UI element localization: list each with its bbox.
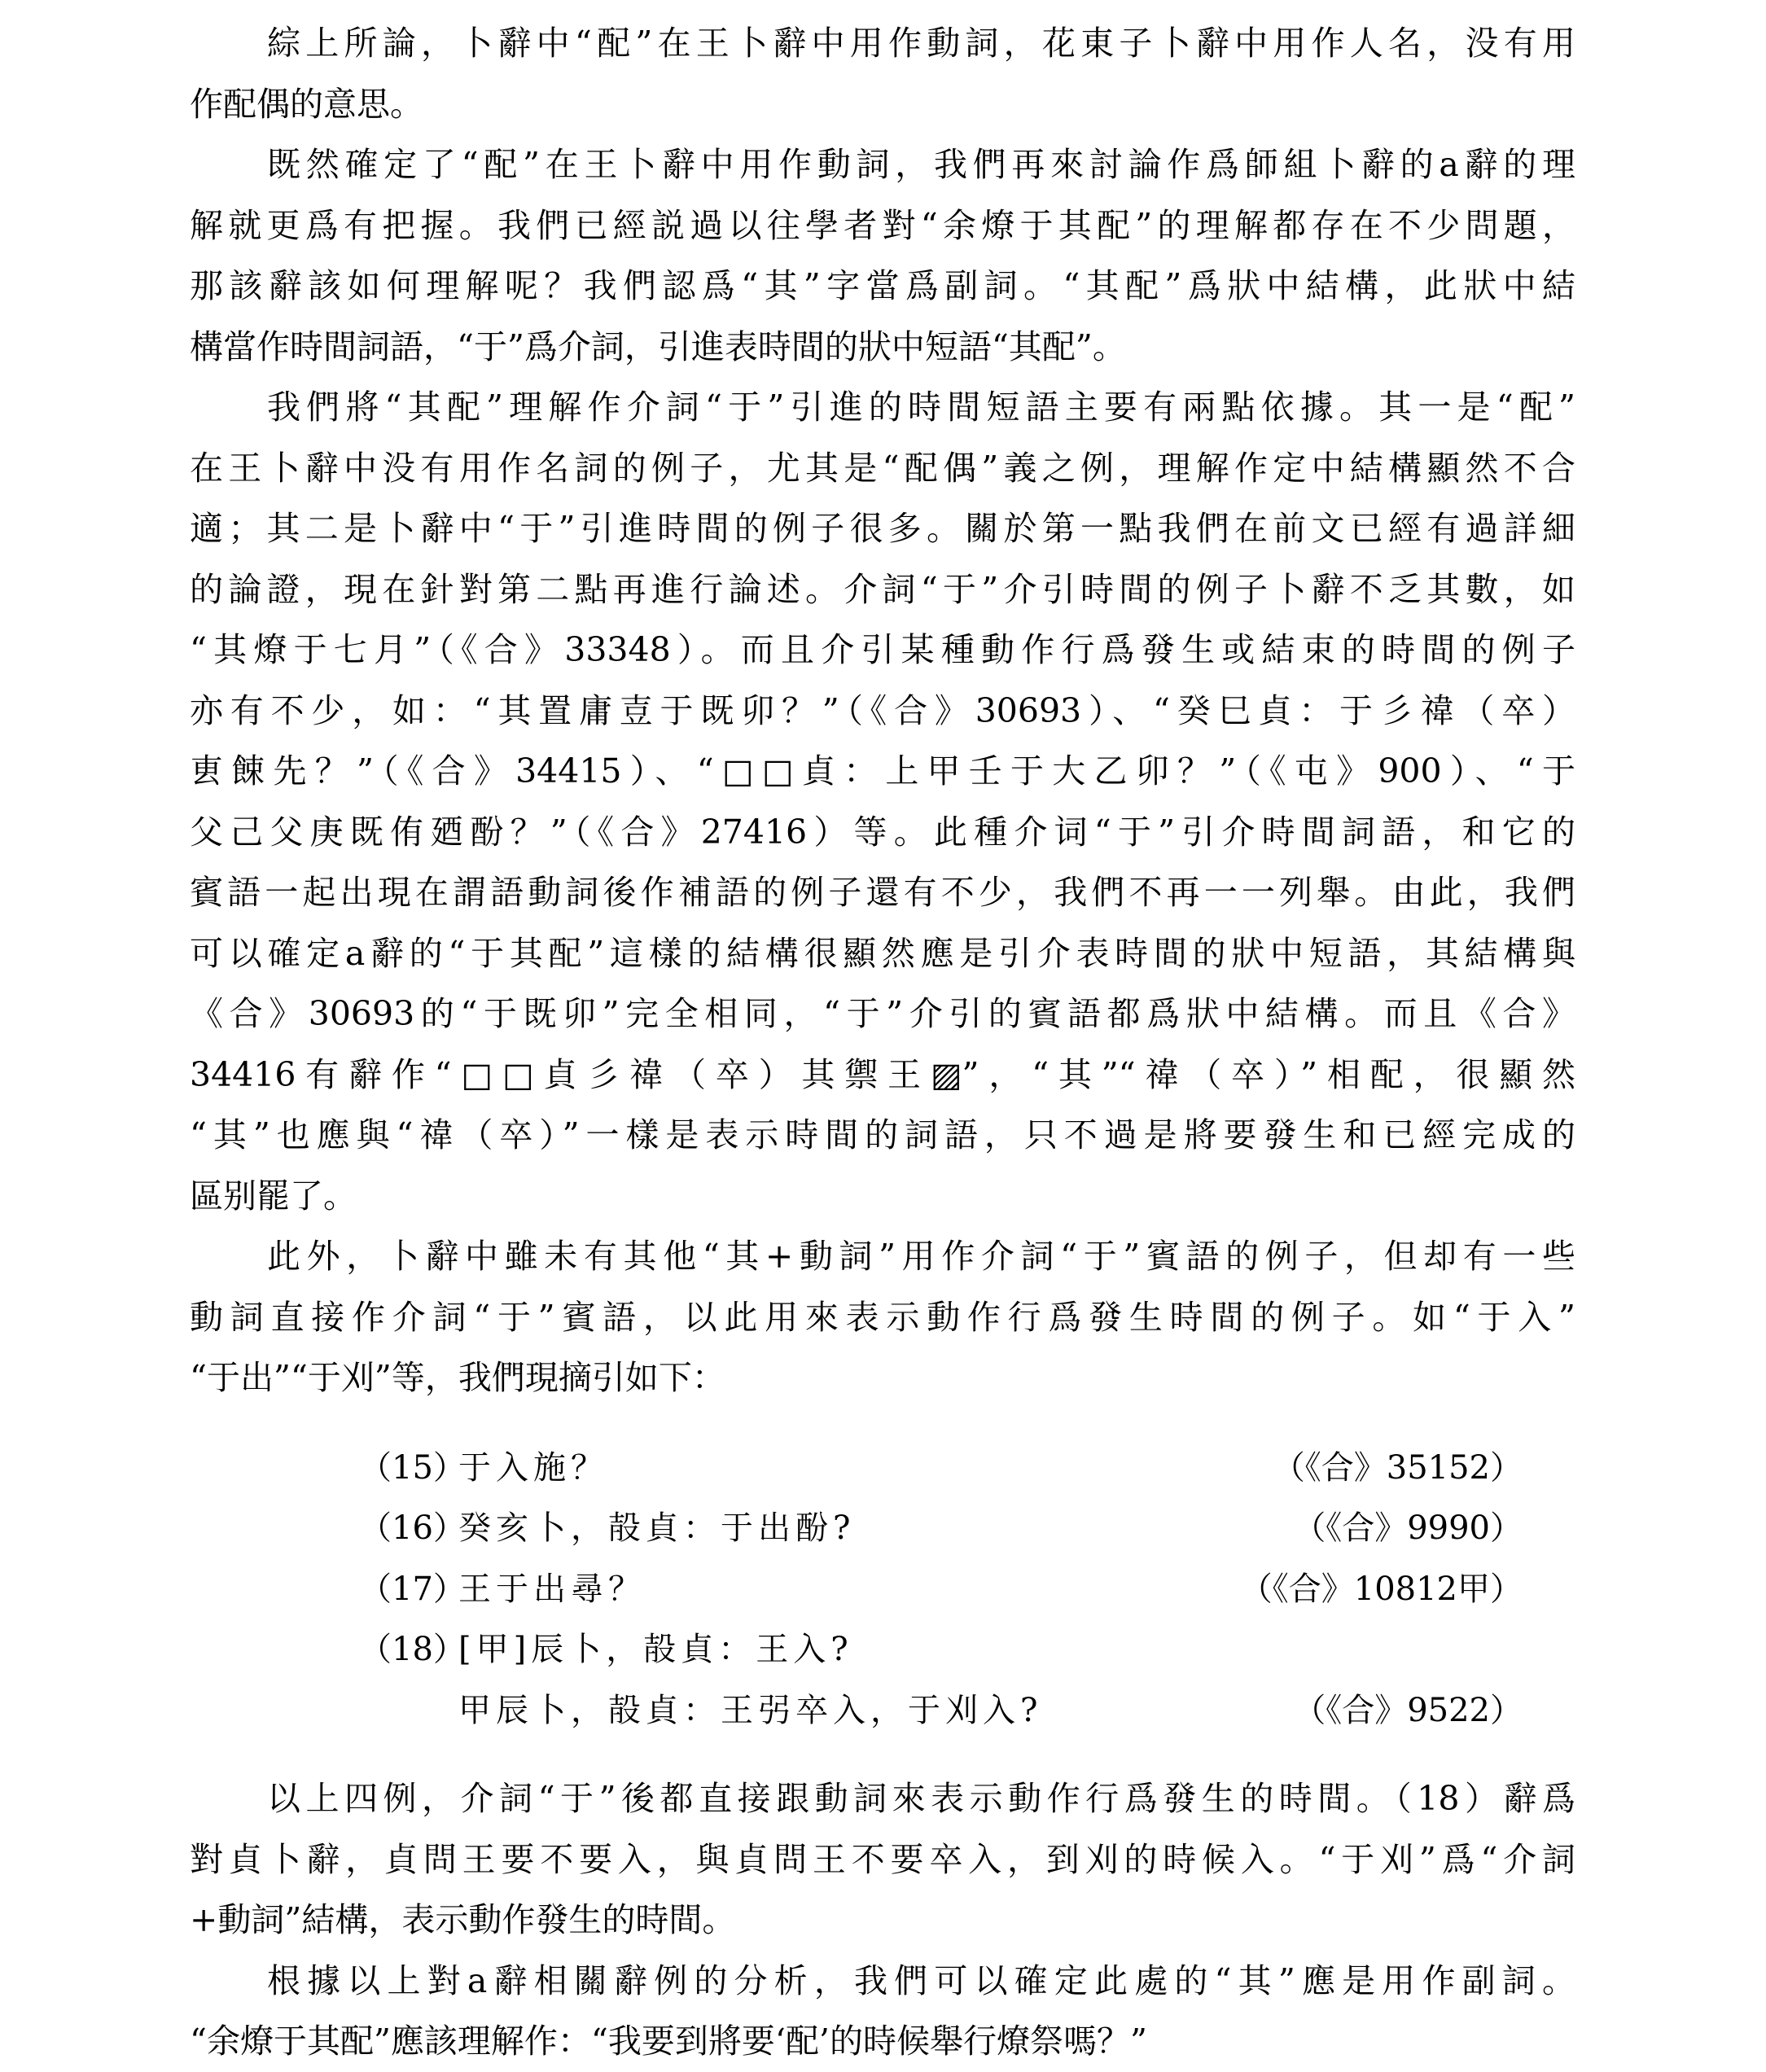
example-text: 癸亥卜，㱿貞：于出酚? [458,1498,855,1559]
text-line: 作配偶的意思。 [190,74,1575,135]
example-text: 于入施？ [458,1438,608,1499]
example-number: （16） [359,1498,466,1559]
example-source: （《合》9990） [1293,1498,1523,1559]
paragraph-5: 以上四例，介詞“于”後都直接跟動詞來表示動作行爲發生的時間。（18）辭爲 對貞卜… [190,1768,1575,1951]
text-line: 以上四例，介詞“于”後都直接跟動詞來表示動作行爲發生的時間。（18）辭爲 [190,1768,1575,1829]
example-number: （15） [359,1438,466,1499]
text-line: +動詞”結構，表示動作發生的時間。 [190,1890,1575,1951]
example-number: （18） [359,1619,466,1680]
text-line: 叀餗先？”（《合》34415）、“□□貞：上甲壬于大乙卯？”（《屯》900）、“… [190,741,1575,802]
example-source: （《合》35152） [1273,1438,1523,1499]
text-line: 區别罷了。 [190,1166,1575,1227]
text-line: 亦有不少，如：“其置庸壴于既卯？”（《合》30693）、“癸巳貞：于彡禕（卒） [190,681,1575,742]
text-line: 適；其二是卜辭中“于”引進時間的例子很多。關於第一點我們在前文已經有過詳細 [190,498,1575,559]
example-text: 王于出尋？ [458,1559,646,1620]
example-item: （16） 癸亥卜，㱿貞：于出酚? （《合》9990） [190,1498,1575,1559]
paragraph-1: 綜上所論，卜辭中“配”在王卜辭中用作動詞，花東子卜辭中用作人名，没有用 作配偶的… [190,13,1575,134]
text-line: 構當作時間詞語，“于”爲介詞，引進表時間的狀中短語“其配”。 [190,317,1575,378]
paragraph-3: 我們將“其配”理解作介詞“于”引進的時間短語主要有兩點依據。其一是“配” 在王卜… [190,377,1575,1226]
text-line: 動詞直接作介詞“于”賓語，以此用來表示動作行爲發生時間的例子。如“于入” [190,1287,1575,1348]
paragraph-4: 此外，卜辭中雖未有其他“其+動詞”用作介詞“于”賓語的例子，但却有一些 動詞直接… [190,1226,1575,1408]
text-line: 《合》30693的“于既卯”完全相同，“于”介引的賓語都爲狀中結構。而且《合》 [190,983,1575,1045]
document-page: 綜上所論，卜辭中“配”在王卜辭中用作動詞，花東子卜辭中用作人名，没有用 作配偶的… [190,13,1575,2072]
example-list: （15） 于入施？ （《合》35152） （16） 癸亥卜，㱿貞：于出酚? （《… [190,1438,1575,1741]
text-line: “于出”“于刈”等，我們現摘引如下： [190,1347,1575,1408]
text-line: 我們將“其配”理解作介詞“于”引進的時間短語主要有兩點依據。其一是“配” [190,377,1575,438]
text-line: 既然確定了“配”在王卜辭中用作動詞，我們再來討論作爲師組卜辭的a辭的理 [190,134,1575,195]
text-line: 根據以上對a辭相關辭例的分析，我們可以確定此處的“其”應是用作副詞。 [190,1951,1575,2012]
text-line: 解就更爲有把握。我們已經説過以往學者對“余燎于其配”的理解都存在不少問題， [190,195,1575,256]
example-source: （《合》9522） [1293,1680,1523,1741]
text-line: “余燎于其配”應該理解作：“我要到將要‘配’的時候舉行燎祭嗎？” [190,2011,1575,2072]
example-text: [甲]辰卜，㱿貞：王入? [458,1619,853,1680]
text-line: “其”也應與“禕（卒）”一樣是表示時間的詞語，只不過是將要發生和已經完成的 [190,1105,1575,1166]
text-line: “其燎于七月”（《合》33348）。而且介引某種動作行爲發生或結束的時間的例子 [190,620,1575,681]
text-line: 賓語一起出現在謂語動詞後作補語的例子還有不少，我們不再一一列舉。由此，我們 [190,862,1575,923]
example-item-continuation: 甲辰卜，㱿貞：王弜卒入，于刈入? （《合》9522） [190,1680,1575,1741]
paragraph-6: 根據以上對a辭相關辭例的分析，我們可以確定此處的“其”應是用作副詞。 “余燎于其… [190,1951,1575,2072]
text-line: 在王卜辭中没有用作名詞的例子，尤其是“配偶”義之例，理解作定中結構顯然不合 [190,438,1575,499]
example-text: 甲辰卜，㱿貞：王弜卒入，于刈入? [458,1680,1042,1741]
text-line: 對貞卜辭，貞問王要不要入，與貞問王不要卒入，到刈的時候入。“于刈”爲“介詞 [190,1829,1575,1890]
text-line: 可以確定a辭的“于其配”這樣的結構很顯然應是引介表時間的狀中短語，其結構與 [190,923,1575,984]
text-line: 的論證，現在針對第二點再進行論述。介詞“于”介引時間的例子卜辭不乏其數，如 [190,559,1575,620]
example-item: （18） [甲]辰卜，㱿貞：王入? [190,1619,1575,1680]
paragraph-2: 既然確定了“配”在王卜辭中用作動詞，我們再來討論作爲師組卜辭的a辭的理 解就更爲… [190,134,1575,377]
example-item: （17） 王于出尋？ （《合》10812甲） [190,1559,1575,1620]
text-line: 34416有辭作“□□貞彡禕（卒）其禦王▨”，“其”“禕（卒）”相配，很顯然 [190,1045,1575,1106]
example-number: （17） [359,1559,466,1620]
text-line: 那該辭該如何理解呢？我們認爲“其”字當爲副詞。“其配”爲狀中結構，此狀中結 [190,256,1575,317]
text-line: 父己父庚既侑廼酚？”（《合》27416）等。此種介词“于”引介時間詞語，和它的 [190,802,1575,863]
text-line: 綜上所論，卜辭中“配”在王卜辭中用作動詞，花東子卜辭中用作人名，没有用 [190,13,1575,74]
example-source: （《合》10812甲） [1240,1559,1523,1620]
text-line: 此外，卜辭中雖未有其他“其+動詞”用作介詞“于”賓語的例子，但却有一些 [190,1226,1575,1287]
example-item: （15） 于入施？ （《合》35152） [190,1438,1575,1499]
